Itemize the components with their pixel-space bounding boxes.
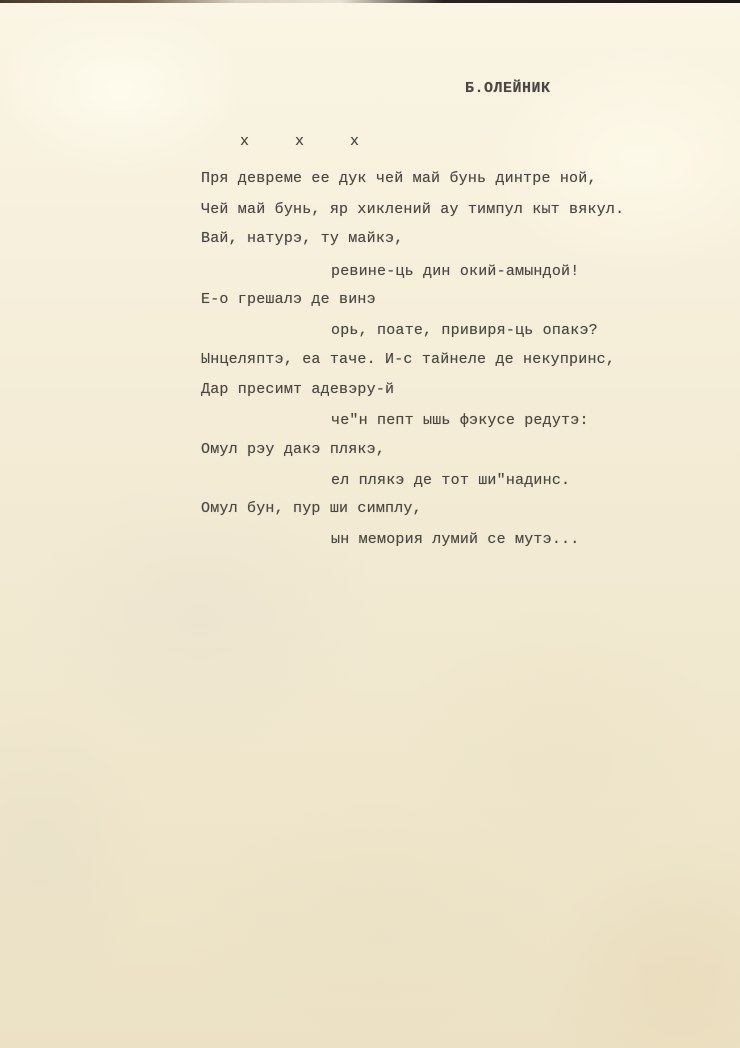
separator-mark: х: [350, 133, 405, 151]
poem-line: Пря девреме ее дук чей май бунь динтре н…: [201, 170, 597, 188]
poem-line: Ынцеляптэ, еа таче. И-с тайнеле де некуп…: [201, 351, 615, 369]
typewritten-page: Б.ОЛЕЙНИК х х х Пря девреме ее дук чей м…: [0, 0, 740, 1048]
author-name: Б.ОЛЕЙНИК: [465, 80, 551, 98]
poem-line: Вай, натурэ, ту майкэ,: [201, 230, 403, 248]
poem-line-indented: ын мемория лумий се мутэ...: [331, 531, 579, 549]
separator-mark: х: [295, 133, 350, 151]
poem-line: Дар пресимт адевэру-й: [201, 381, 394, 399]
poem-line: Омул бун, пур ши симплу,: [201, 500, 422, 518]
poem-line-indented: ревине-ць дин окий-амындой!: [331, 263, 579, 281]
poem-line: Омул рэу дакэ плякэ,: [201, 441, 385, 459]
page-top-edge: [0, 0, 740, 3]
poem-line: Е-о грешалэ де винэ: [201, 291, 376, 309]
poem-line-indented: ел плякэ де тот ши"надинс.: [331, 472, 570, 490]
poem-line-indented: орь, поате, привиря-ць опакэ?: [331, 322, 598, 340]
separator-mark: х: [240, 133, 295, 151]
stanza-separator: х х х: [240, 133, 405, 151]
poem-line: Чей май бунь, яр хиклений ау тимпул кыт …: [201, 201, 624, 219]
poem-line-indented: че"н пепт ышь фэкусе редутэ:: [331, 412, 589, 430]
